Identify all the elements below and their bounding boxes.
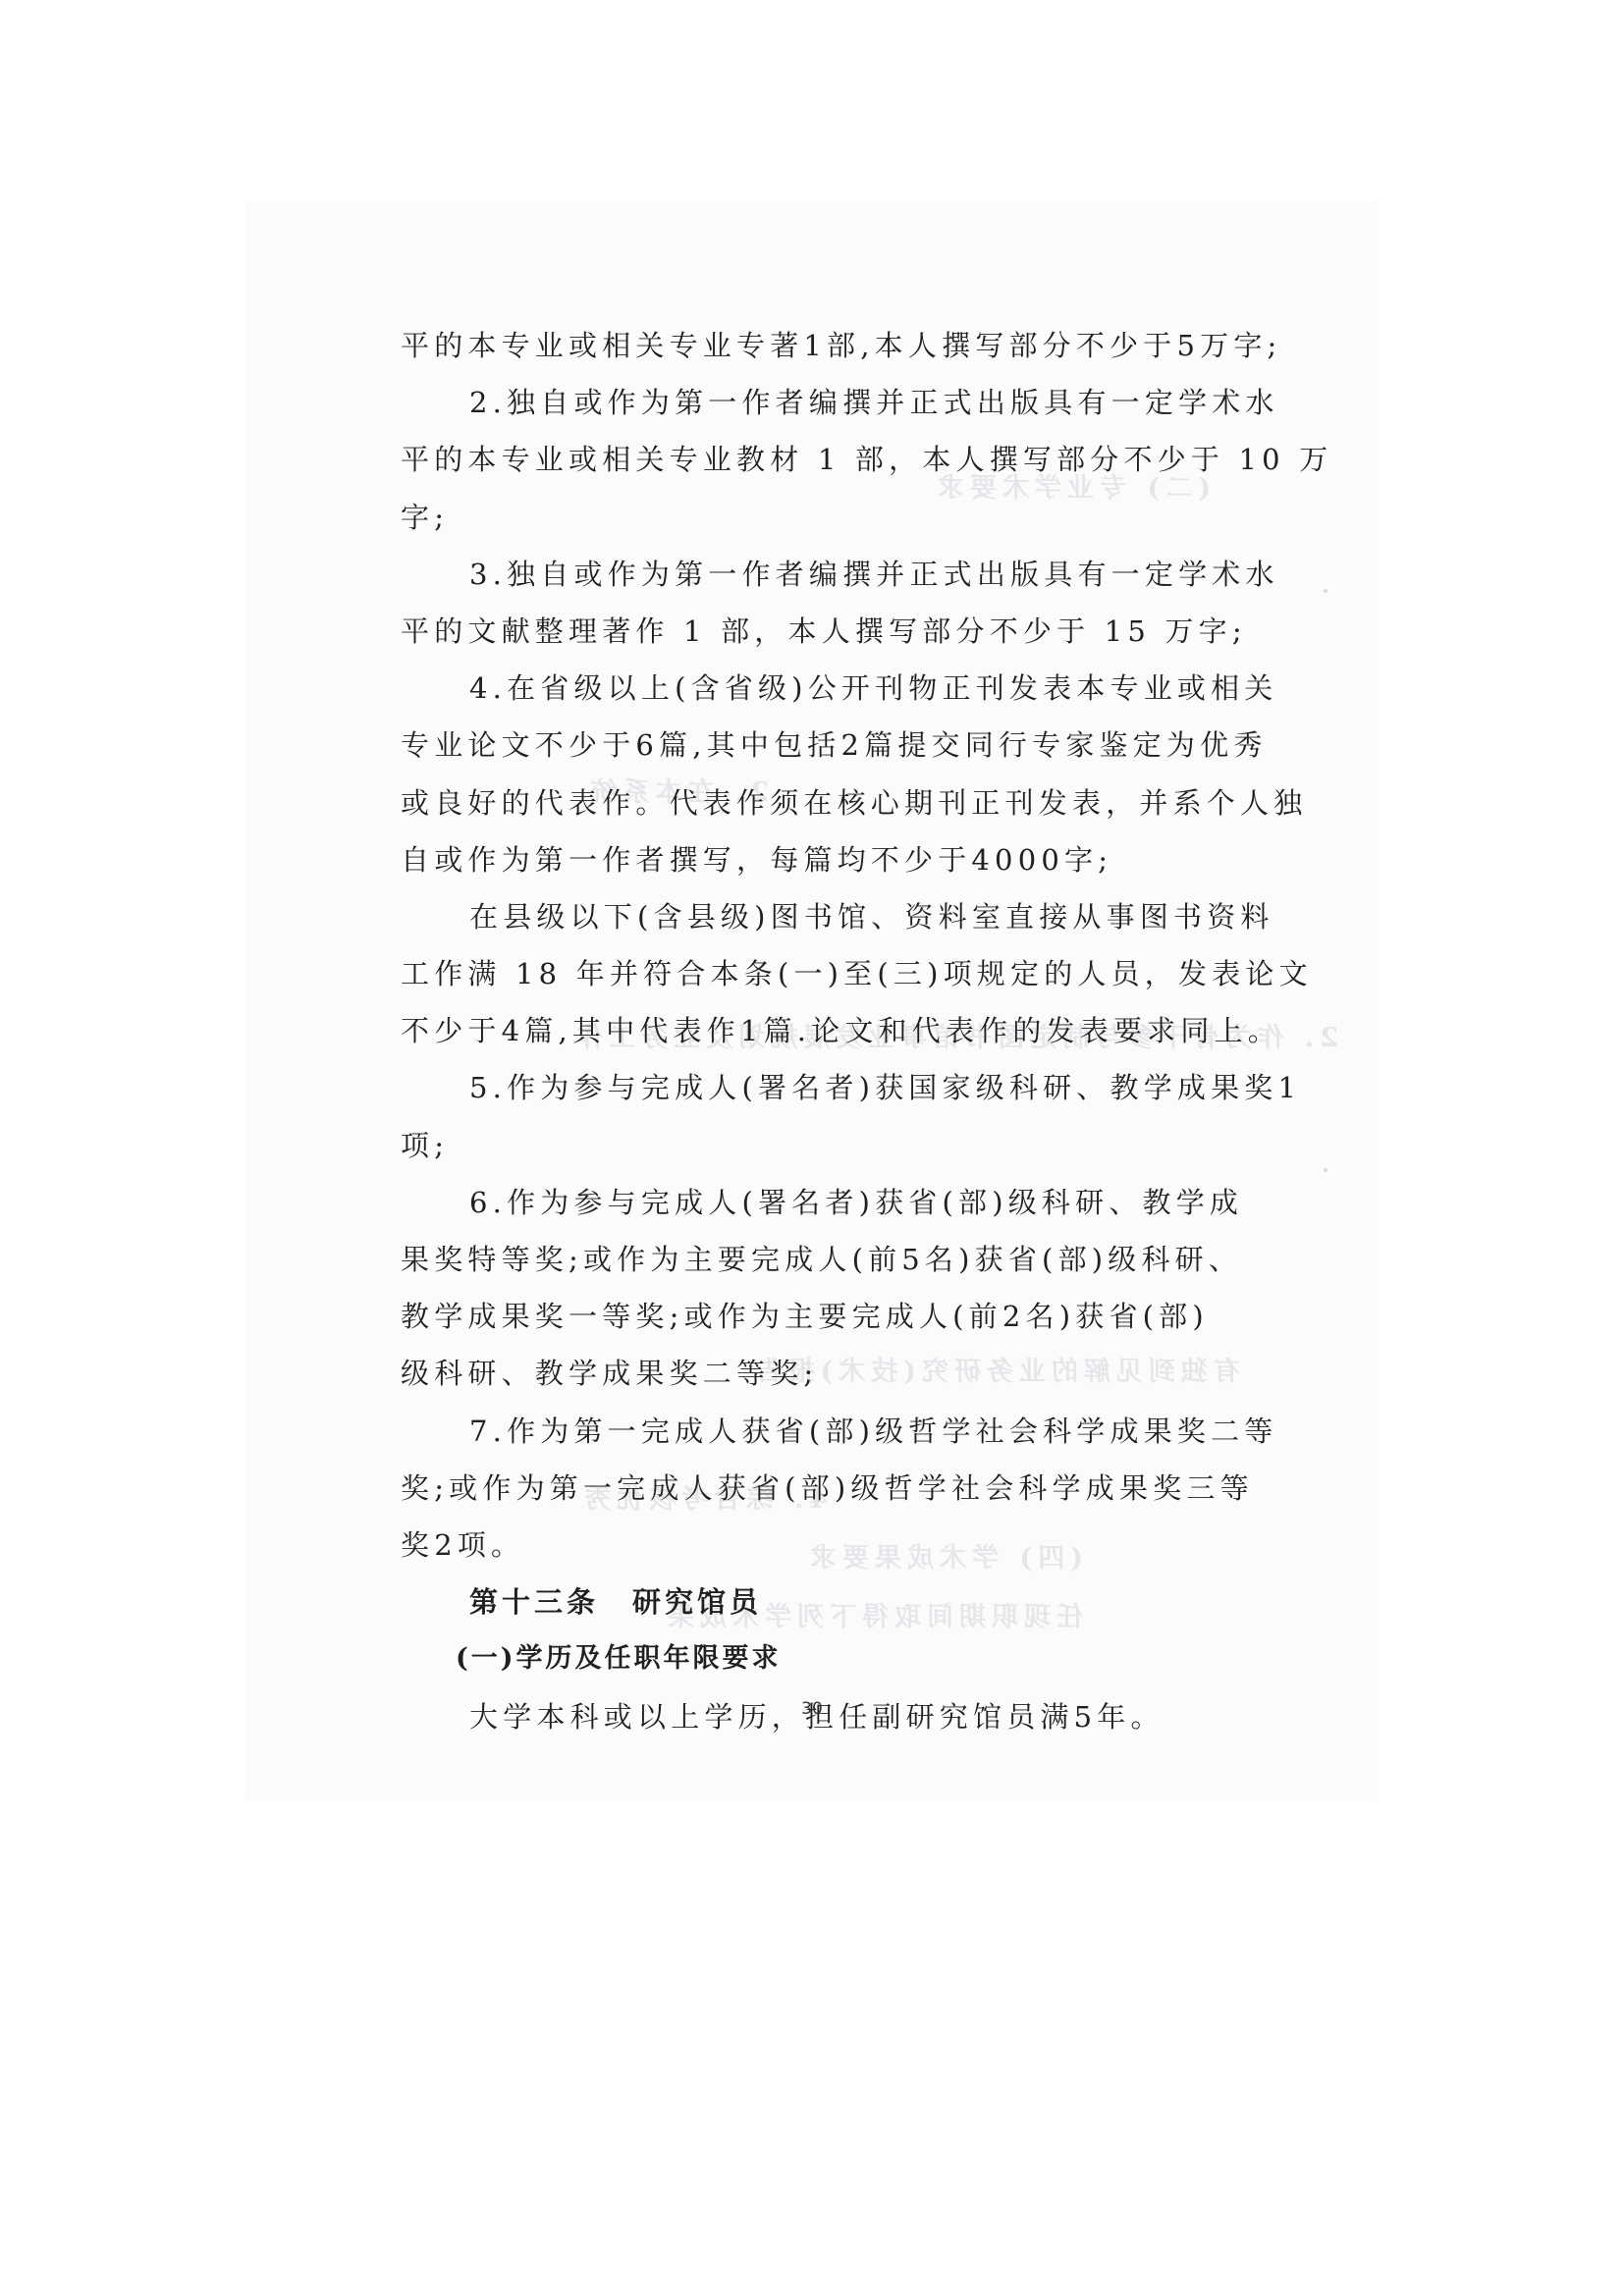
page-number: 30 [246,1699,1378,1719]
scanned-page: (二) 专业学术要求2. 在本系统2. 作为骨干参与制定图书馆事业发展规划及业务… [246,201,1378,1801]
document-body: 平的本专业或相关专业专著1部,本人撰写部分不少于5万字; 2.独自或作为第一作者… [401,317,1216,1745]
text-line: 4.在省级以上(含省级)公开刊物正刊发表本专业或相关 [401,660,1216,717]
subsection-heading: (一)学历及任职年限要求 [401,1630,1216,1687]
text-line: 2.独自或作为第一作者编撰并正式出版具有一定学术水 [401,374,1216,431]
text-line: 平的本专业或相关专业专著1部,本人撰写部分不少于5万字; [401,317,1216,374]
text-line: 项; [401,1117,1216,1174]
article-heading: 第十三条研究馆员 [401,1574,1216,1630]
text-line: 奖2项。 [401,1517,1216,1574]
text-line: 平的本专业或相关专业教材 1 部，本人撰写部分不少于 10 万 [401,431,1216,488]
text-line: 自或作为第一作者撰写，每篇均不少于4000字; [401,831,1216,888]
text-line: 字; [401,489,1216,546]
text-line: 级科研、教学成果奖二等奖; [401,1345,1216,1402]
text-line: 6.作为参与完成人(署名者)获省(部)级科研、教学成 [401,1174,1216,1231]
article-number: 第十三条 [469,1585,599,1619]
text-line: 不少于4篇,其中代表作1篇.论文和代表作的发表要求同上。 [401,1002,1216,1059]
scan-speck [1324,1168,1327,1172]
article-title: 研究馆员 [632,1585,762,1619]
text-line: 果奖特等奖;或作为主要完成人(前5名)获省(部)级科研、 [401,1231,1216,1288]
text-line: 专业论文不少于6篇,其中包括2篇提交同行专家鉴定为优秀 [401,717,1216,774]
text-line: 7.作为第一完成人获省(部)级哲学社会科学成果奖二等 [401,1403,1216,1460]
text-line: 5.作为参与完成人(署名者)获国家级科研、教学成果奖1 [401,1059,1216,1116]
text-line: 平的文献整理著作 1 部，本人撰写部分不少于 15 万字; [401,603,1216,660]
text-line: 在县级以下(含县级)图书馆、资料室直接从事图书资料 [401,888,1216,945]
scan-speck [1324,589,1327,593]
text-line: 教学成果奖一等奖;或作为主要完成人(前2名)获省(部) [401,1288,1216,1345]
text-line: 或良好的代表作。代表作须在核心期刊正刊发表，并系个人独 [401,774,1216,831]
text-line: 工作满 18 年并符合本条(一)至(三)项规定的人员，发表论文 [401,945,1216,1002]
text-line: 3.独自或作为第一作者编撰并正式出版具有一定学术水 [401,546,1216,603]
text-line: 奖;或作为第一完成人获省(部)级哲学社会科学成果奖三等 [401,1460,1216,1517]
